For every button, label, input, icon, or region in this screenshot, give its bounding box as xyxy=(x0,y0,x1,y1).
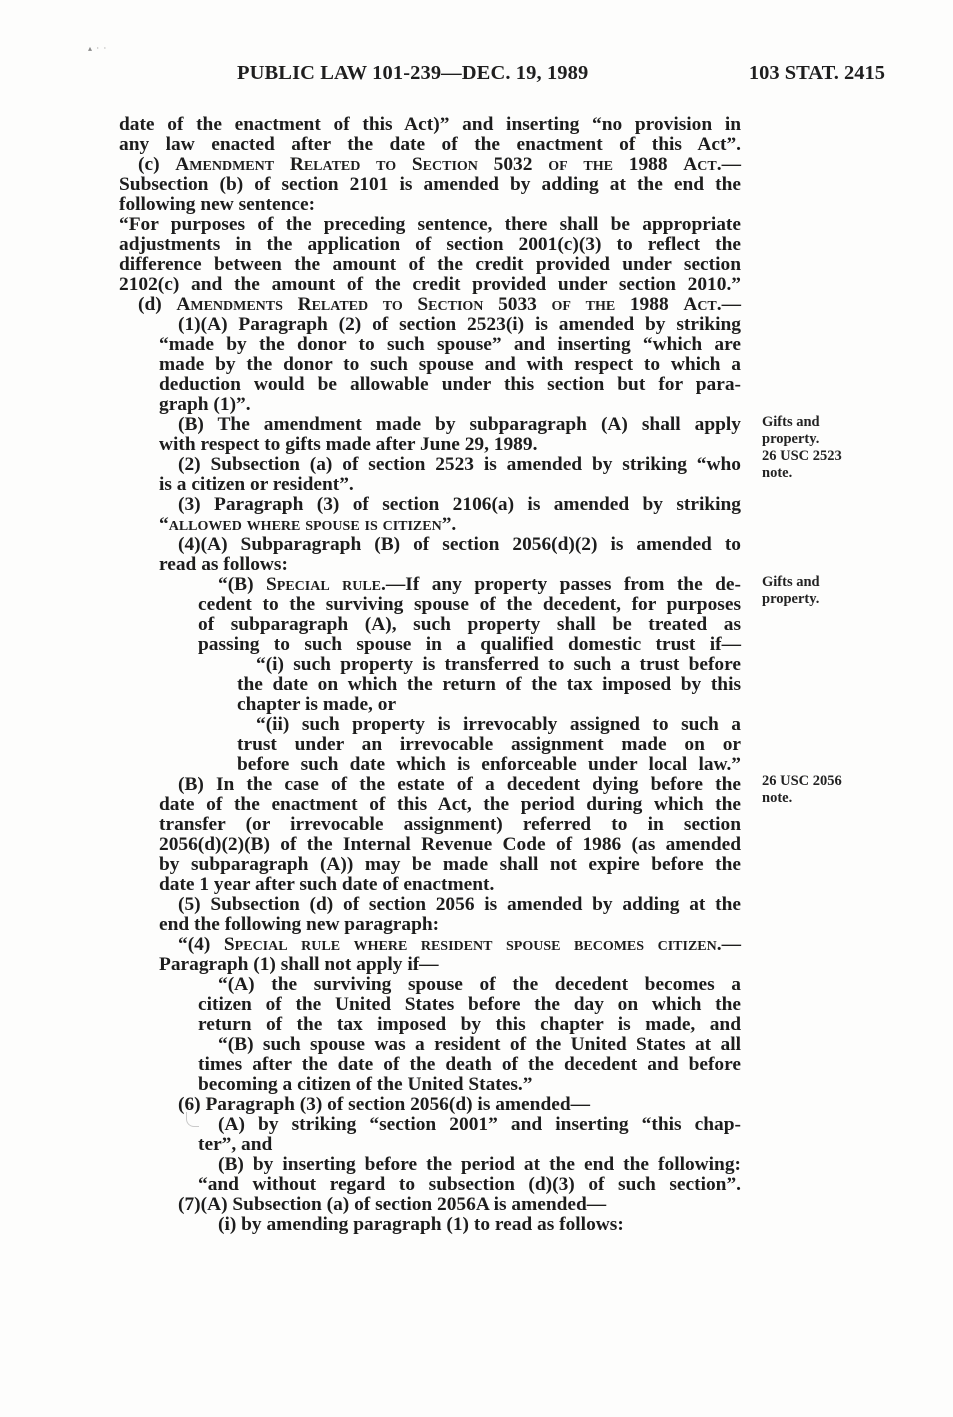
subsection-heading-c: (c) Amendment Related to Section 5032 of… xyxy=(138,154,741,175)
text-line: read as follows: xyxy=(159,554,741,575)
text-line: 2056(d)(2)(B) of the Internal Revenue Co… xyxy=(159,834,741,855)
text-line: (2) Subsection (a) of section 2523 is am… xyxy=(178,454,741,475)
quoted-provision-heading: “(B) Special rule.—If any property passe… xyxy=(218,574,741,595)
text-line: (7)(A) Subsection (a) of section 2056A i… xyxy=(178,1194,741,1215)
text-line: times after the date of the death of the… xyxy=(198,1054,741,1075)
text-line: any law enacted after the date of the en… xyxy=(119,134,741,155)
text-line: (B) by inserting before the period at th… xyxy=(218,1154,741,1175)
quoted-paragraph-heading: “(4) Special rule where resident spouse … xyxy=(178,934,741,955)
text-line: before such date which is enforceable un… xyxy=(237,754,741,775)
text-line: Subsection (b) of section 2101 is amende… xyxy=(119,174,741,195)
text-line: transfer (or irrevocable assignment) ref… xyxy=(159,814,741,835)
margin-note: Gifts and property. 26 USC 2523 note. xyxy=(762,414,842,482)
text-line: (1)(A) Paragraph (2) of section 2523(i) … xyxy=(178,314,741,335)
text-line: (6) Paragraph (3) of section 2056(d) is … xyxy=(178,1094,741,1115)
text-line: adjustments in the application of sectio… xyxy=(119,234,741,255)
text-line: (A) by striking “section 2001” and inser… xyxy=(218,1114,741,1135)
text-line: chapter is made, or xyxy=(237,694,741,715)
text-line: 2102(c) and the amount of the credit pro… xyxy=(119,274,741,295)
text-line: Paragraph (1) shall not apply if— xyxy=(159,954,741,975)
text-line: “For purposes of the preceding sentence,… xyxy=(119,214,741,235)
text-line: return of the tax imposed by this chapte… xyxy=(198,1014,741,1035)
text-line: is a citizen or resident”. xyxy=(159,474,741,495)
scan-artifact xyxy=(186,1112,199,1127)
text-line: “made by the donor to such spouse” and i… xyxy=(159,334,741,355)
text-line: passing to such spouse in a qualified do… xyxy=(198,634,741,655)
text-line: “(i) such property is transferred to suc… xyxy=(256,654,741,675)
text-line: “(A) the surviving spouse of the deceden… xyxy=(218,974,741,995)
text-line: (5) Subsection (d) of section 2056 is am… xyxy=(178,894,741,915)
text-line: made by the donor to such spouse and wit… xyxy=(159,354,741,375)
text-line: (i) by amending paragraph (1) to read as… xyxy=(218,1214,741,1235)
text-line: ter”, and xyxy=(198,1134,741,1155)
text-line: date of the enactment of this Act)” and … xyxy=(119,114,741,135)
margin-note: Gifts and property. xyxy=(762,574,820,608)
text-line: (B) In the case of the estate of a deced… xyxy=(178,774,741,795)
text-line: “and without regard to subsection (d)(3)… xyxy=(198,1174,741,1195)
text-line: (B) The amendment made by subparagraph (… xyxy=(178,414,741,435)
text-line: (4)(A) Subparagraph (B) of section 2056(… xyxy=(178,534,741,555)
text-line: end the following new paragraph: xyxy=(159,914,741,935)
text-line: (3) Paragraph (3) of section 2106(a) is … xyxy=(178,494,741,515)
text-line: cedent to the surviving spouse of the de… xyxy=(198,594,741,615)
text-line: following new sentence: xyxy=(119,194,741,215)
text-line: date of the enactment of this Act, the p… xyxy=(159,794,741,815)
text-line: “(ii) such property is irrevocably assig… xyxy=(256,714,741,735)
text-line: “(B) such spouse was a resident of the U… xyxy=(218,1034,741,1055)
subsection-heading-d: (d) Amendments Related to Section 5033 o… xyxy=(138,294,741,315)
text-line: graph (1)”. xyxy=(159,394,741,415)
text-line: the date on which the return of the tax … xyxy=(237,674,741,695)
text-line: date 1 year after such date of enactment… xyxy=(159,874,741,895)
statute-body: date of the enactment of this Act)” and … xyxy=(0,0,953,1417)
text-line: “allowed where spouse is citizen”. xyxy=(159,514,741,535)
document-page: ▴ · · PUBLIC LAW 101-239—DEC. 19, 1989 1… xyxy=(0,0,953,1417)
text-line: citizen of the United States before the … xyxy=(198,994,741,1015)
text-line: by subparagraph (A)) may be made shall n… xyxy=(159,854,741,875)
margin-note: 26 USC 2056 note. xyxy=(762,773,842,807)
text-line: trust under an irrevocable assignment ma… xyxy=(237,734,741,755)
text-line: with respect to gifts made after June 29… xyxy=(159,434,741,455)
text-line: of subparagraph (A), such property shall… xyxy=(198,614,741,635)
text-line: deduction would be allowable under this … xyxy=(159,374,741,395)
text-line: difference between the amount of the cre… xyxy=(119,254,741,275)
text-line: becoming a citizen of the United States.… xyxy=(198,1074,741,1095)
